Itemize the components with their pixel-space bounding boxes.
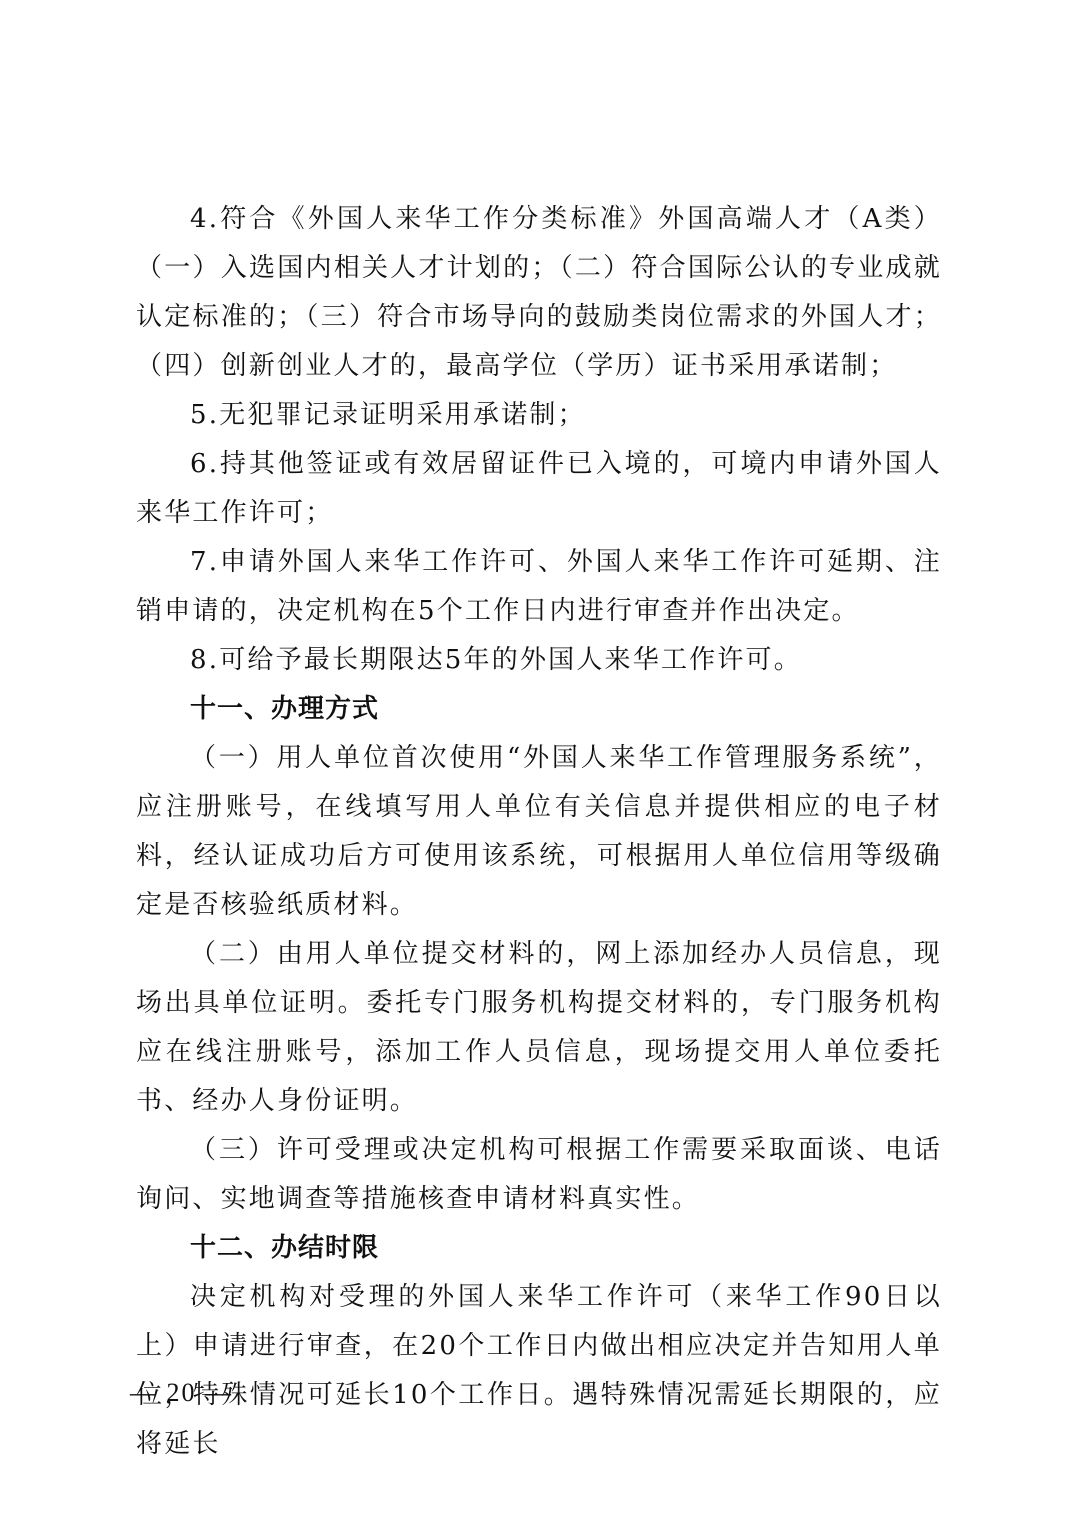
document-body: 4.符合《外国人来华工作分类标准》外国高端人才（A类）（一）入选国内相关人才计划… <box>136 195 942 1469</box>
item-8-paragraph: 8.可给予最长期限达5年的外国人来华工作许可。 <box>136 636 942 685</box>
method-1-paragraph: （一）用人单位首次使用“外国人来华工作管理服务系统”，应注册账号，在线填写用人单… <box>136 734 942 930</box>
item-6-paragraph: 6.持其他签证或有效居留证件已入境的，可境内申请外国人来华工作许可； <box>136 440 942 538</box>
section-heading-processing-method: 十一、办理方式 <box>136 685 942 734</box>
page-number: — 20 — <box>130 1378 233 1408</box>
item-5-paragraph: 5.无犯罪记录证明采用承诺制； <box>136 391 942 440</box>
method-2-paragraph: （二）由用人单位提交材料的，网上添加经办人员信息，现场出具单位证明。委托专门服务… <box>136 930 942 1126</box>
item-4-paragraph: 4.符合《外国人来华工作分类标准》外国高端人才（A类）（一）入选国内相关人才计划… <box>136 195 942 391</box>
section-heading-time-limit: 十二、办结时限 <box>136 1224 942 1273</box>
time-limit-paragraph: 决定机构对受理的外国人来华工作许可（来华工作90日以上）申请进行审查，在20个工… <box>136 1273 942 1469</box>
method-3-paragraph: （三）许可受理或决定机构可根据工作需要采取面谈、电话询问、实地调查等措施核查申请… <box>136 1126 942 1224</box>
item-7-paragraph: 7.申请外国人来华工作许可、外国人来华工作许可延期、注销申请的，决定机构在5个工… <box>136 538 942 636</box>
